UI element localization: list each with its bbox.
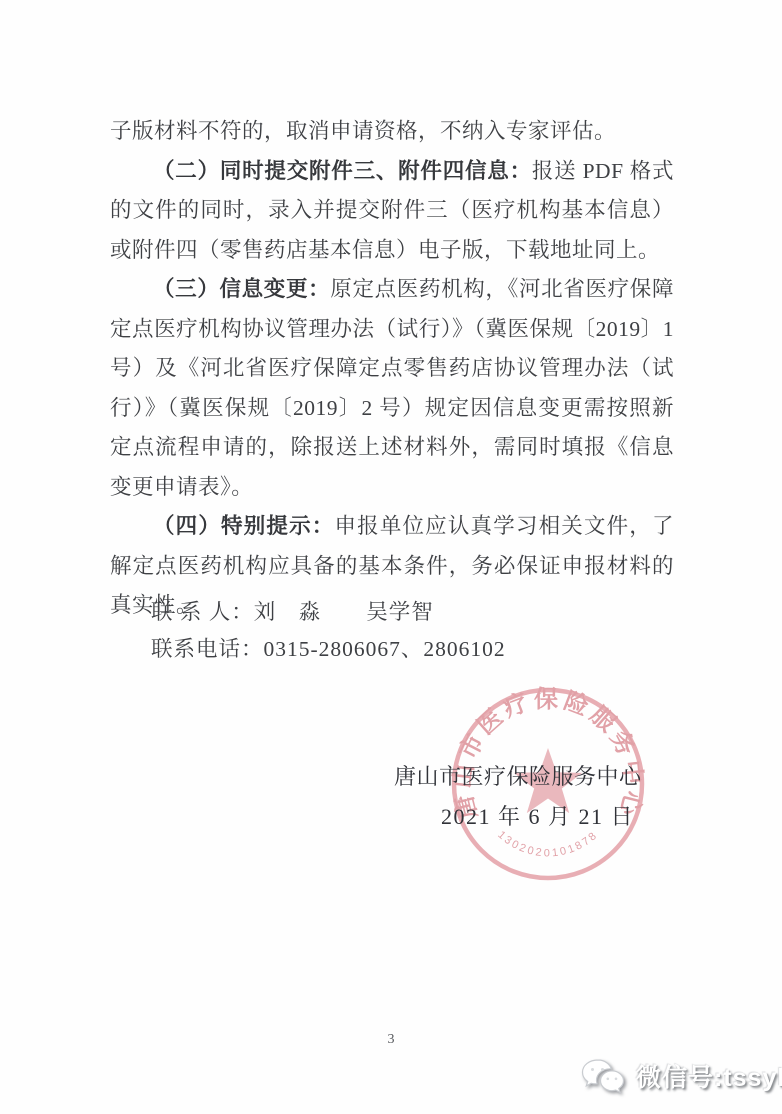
stamp-serial: 1302020101878	[495, 829, 600, 859]
paragraph-text: 子版材料不符的，取消申请资格，不纳入专家评估。	[110, 119, 616, 143]
paragraph-lead: （二）同时提交附件三、附件四信息：	[153, 159, 532, 183]
paragraph-lead: （四）特别提示：	[153, 514, 334, 538]
body-paragraph: 子版材料不符的，取消申请资格，不纳入专家评估。	[110, 112, 674, 152]
signature-org: 唐山市医疗保险服务中心	[394, 760, 642, 791]
contact-block: 联 系 人：刘 淼 吴学智 联系电话：0315-2806067、2806102	[151, 594, 506, 668]
body-paragraph: （三）信息变更：原定点医药机构，《河北省医疗保障定点医疗机构协议管理办法（试行）…	[110, 270, 674, 507]
wechat-watermark: 微信号:tssylbx	[580, 1056, 782, 1096]
wechat-icon	[580, 1056, 626, 1096]
paragraph-text: 原定点医药机构，《河北省医疗保障定点医疗机构协议管理办法（试行）》（冀医保规〔2…	[110, 277, 674, 499]
watermark-label: 微信号:tssylbx	[636, 1058, 782, 1094]
body-paragraph: （二）同时提交附件三、附件四信息：报送 PDF 格式的文件的同时，录入并提交附件…	[110, 152, 674, 271]
signature-date: 2021 年 6 月 21 日	[441, 800, 634, 831]
paragraph-lead: （三）信息变更：	[153, 277, 330, 301]
svg-text:1302020101878: 1302020101878	[495, 829, 600, 859]
page-number: 3	[0, 1032, 782, 1048]
document-page: 子版材料不符的，取消申请资格，不纳入专家评估。 （二）同时提交附件三、附件四信息…	[0, 0, 782, 1114]
document-body: 子版材料不符的，取消申请资格，不纳入专家评估。 （二）同时提交附件三、附件四信息…	[110, 112, 674, 626]
contact-person-line: 联 系 人：刘 淼 吴学智	[151, 594, 506, 631]
contact-phone-line: 联系电话：0315-2806067、2806102	[151, 631, 506, 668]
